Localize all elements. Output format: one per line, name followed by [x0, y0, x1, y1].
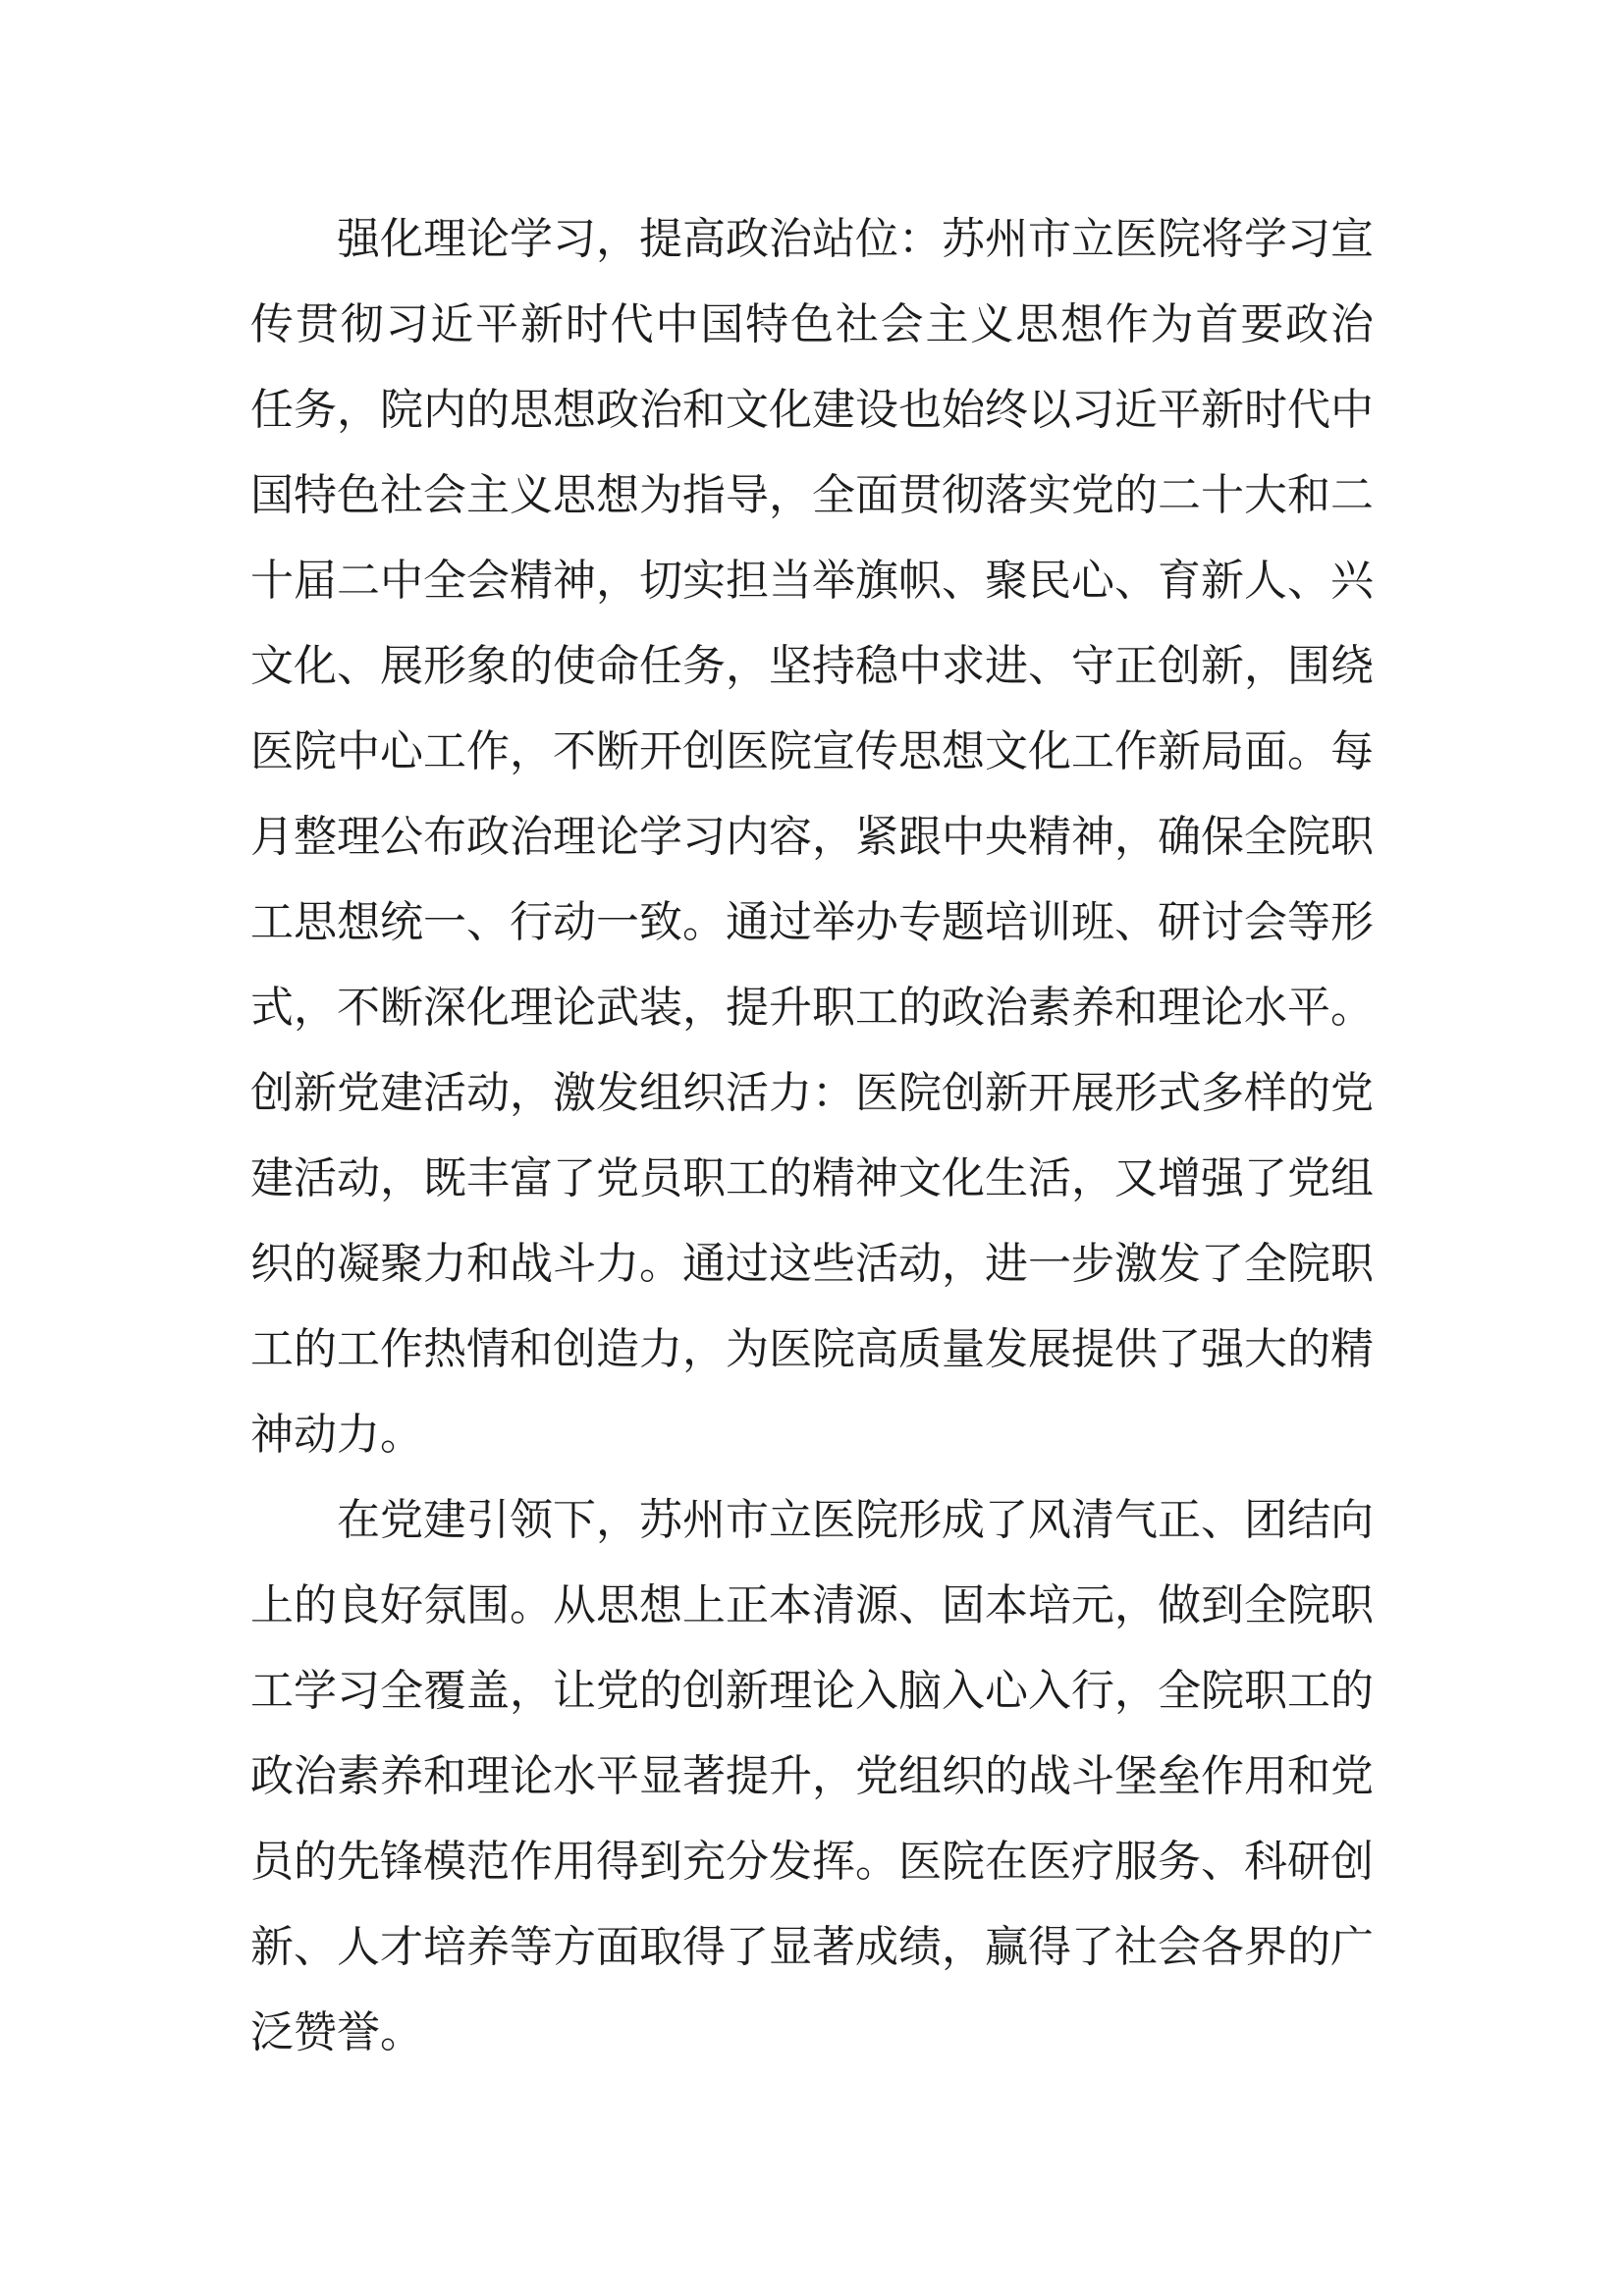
text-line: 泛赞誉。: [250, 1990, 1374, 2075]
text-line: 员的先锋模范作用得到充分发挥。医院在医疗服务、科研创: [250, 1819, 1374, 1904]
text-line: 创新党建活动，激发组织活力：医院创新开展形式多样的党: [250, 1050, 1374, 1136]
text-line: 织的凝聚力和战斗力。通过这些活动，进一步激发了全院职: [250, 1221, 1374, 1307]
text-line: 十届二中全会精神，切实担当举旗帜、聚民心、育新人、兴: [250, 538, 1374, 623]
text-line: 式，不断深化理论武装，提升职工的政治素养和理论水平。: [250, 965, 1374, 1050]
text-line: 任务，院内的思想政治和文化建设也始终以习近平新时代中: [250, 367, 1374, 453]
text-line: 国特色社会主义思想为指导，全面贯彻落实党的二十大和二: [250, 453, 1374, 538]
paragraph-1: 强化理论学习，提高政治站位：苏州市立医院将学习宣 传贯彻习近平新时代中国特色社会…: [250, 196, 1374, 1477]
text-line: 上的良好氛围。从思想上正本清源、固本培元，做到全院职: [250, 1563, 1374, 1648]
text-line: 政治素养和理论水平显著提升，党组织的战斗堡垒作用和党: [250, 1734, 1374, 1819]
document-body: 强化理论学习，提高政治站位：苏州市立医院将学习宣 传贯彻习近平新时代中国特色社会…: [250, 196, 1374, 2075]
text-line: 新、人才培养等方面取得了显著成绩，赢得了社会各界的广: [250, 1904, 1374, 1990]
text-line: 医院中心工作，不断开创医院宣传思想文化工作新局面。每: [250, 709, 1374, 794]
paragraph-2: 在党建引领下，苏州市立医院形成了风清气正、团结向 上的良好氛围。从思想上正本清源…: [250, 1477, 1374, 2075]
text-line: 神动力。: [250, 1392, 1374, 1477]
text-line: 工的工作热情和创造力，为医院高质量发展提供了强大的精: [250, 1307, 1374, 1392]
text-line: 月整理公布政治理论学习内容，紧跟中央精神，确保全院职: [250, 794, 1374, 880]
text-line: 强化理论学习，提高政治站位：苏州市立医院将学习宣: [250, 196, 1374, 282]
document-page: 强化理论学习，提高政治站位：苏州市立医院将学习宣 传贯彻习近平新时代中国特色社会…: [0, 0, 1624, 2296]
text-line: 工思想统一、行动一致。通过举办专题培训班、研讨会等形: [250, 880, 1374, 965]
text-line: 建活动，既丰富了党员职工的精神文化生活，又增强了党组: [250, 1136, 1374, 1221]
text-line: 工学习全覆盖，让党的创新理论入脑入心入行，全院职工的: [250, 1648, 1374, 1734]
text-line: 传贯彻习近平新时代中国特色社会主义思想作为首要政治: [250, 282, 1374, 367]
text-line: 在党建引领下，苏州市立医院形成了风清气正、团结向: [250, 1477, 1374, 1563]
text-line: 文化、展形象的使命任务，坚持稳中求进、守正创新，围绕: [250, 623, 1374, 709]
